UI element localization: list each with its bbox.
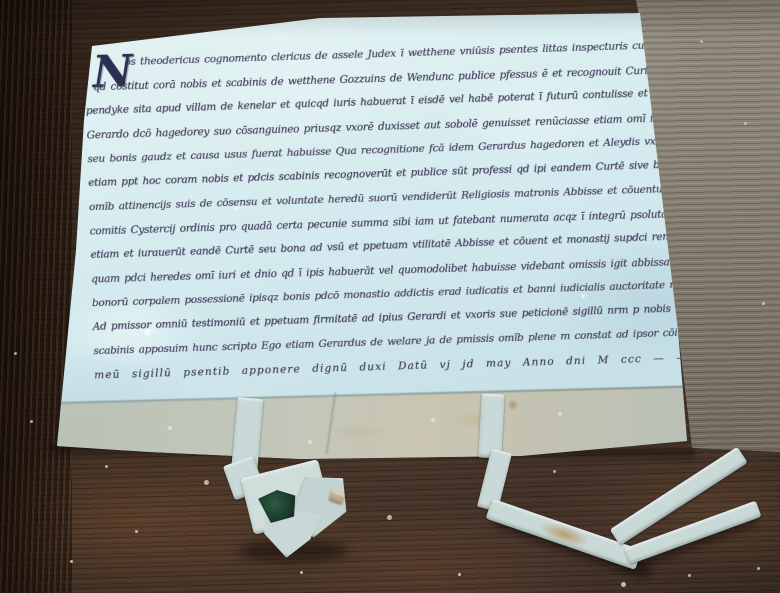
dust-specks	[70, 560, 73, 563]
manuscript-text-block: N os theodericus cognomento clericus de …	[64, 33, 682, 388]
photo-medieval-charter: N os theodericus cognomento clericus de …	[0, 0, 780, 593]
manuscript-lines: os theodericus cognomento clericus de as…	[64, 33, 682, 388]
wood-left-dark-band	[0, 0, 72, 593]
